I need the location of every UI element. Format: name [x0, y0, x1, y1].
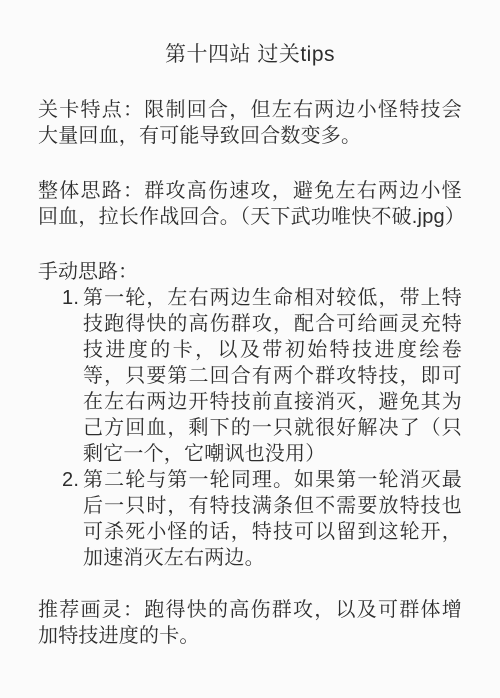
level-features-paragraph: 关卡特点：限制回合，但左右两边小怪特技会大量回血，有可能导致回合数变多。 — [38, 97, 462, 149]
list-item-number: 1. — [62, 285, 83, 467]
overall-strategy-paragraph: 整体思路：群攻高伤速攻，避免左右两边小怪回血，拉长作战回合。（天下武功唯快不破.… — [38, 178, 462, 230]
list-item: 2. 第二轮与第一轮同理。如果第一轮消灭最后一只时，有特技满条但不需要放特技也可… — [62, 467, 462, 571]
list-item: 1. 第一轮，左右两边生命相对较低，带上特技跑得快的高伤群攻，配合可给画灵充特技… — [62, 285, 462, 467]
manual-strategy-section: 手动思路： 1. 第一轮，左右两边生命相对较低，带上特技跑得快的高伤群攻，配合可… — [38, 259, 462, 571]
list-item-text: 第一轮，左右两边生命相对较低，带上特技跑得快的高伤群攻，配合可给画灵充特技进度的… — [83, 285, 462, 467]
manual-steps-list: 1. 第一轮，左右两边生命相对较低，带上特技跑得快的高伤群攻，配合可给画灵充特技… — [38, 285, 462, 571]
list-item-number: 2. — [62, 467, 83, 571]
page-title: 第十四站 过关tips — [38, 42, 462, 68]
recommended-paragraph: 推荐画灵：跑得快的高伤群攻，以及可群体增加特技进度的卡。 — [38, 597, 462, 649]
list-item-text: 第二轮与第一轮同理。如果第一轮消灭最后一只时，有特技满条但不需要放特技也可杀死小… — [83, 467, 462, 571]
strategy-notes-document: 第十四站 过关tips 关卡特点：限制回合，但左右两边小怪特技会大量回血，有可能… — [0, 0, 500, 649]
manual-strategy-heading: 手动思路： — [38, 259, 462, 285]
